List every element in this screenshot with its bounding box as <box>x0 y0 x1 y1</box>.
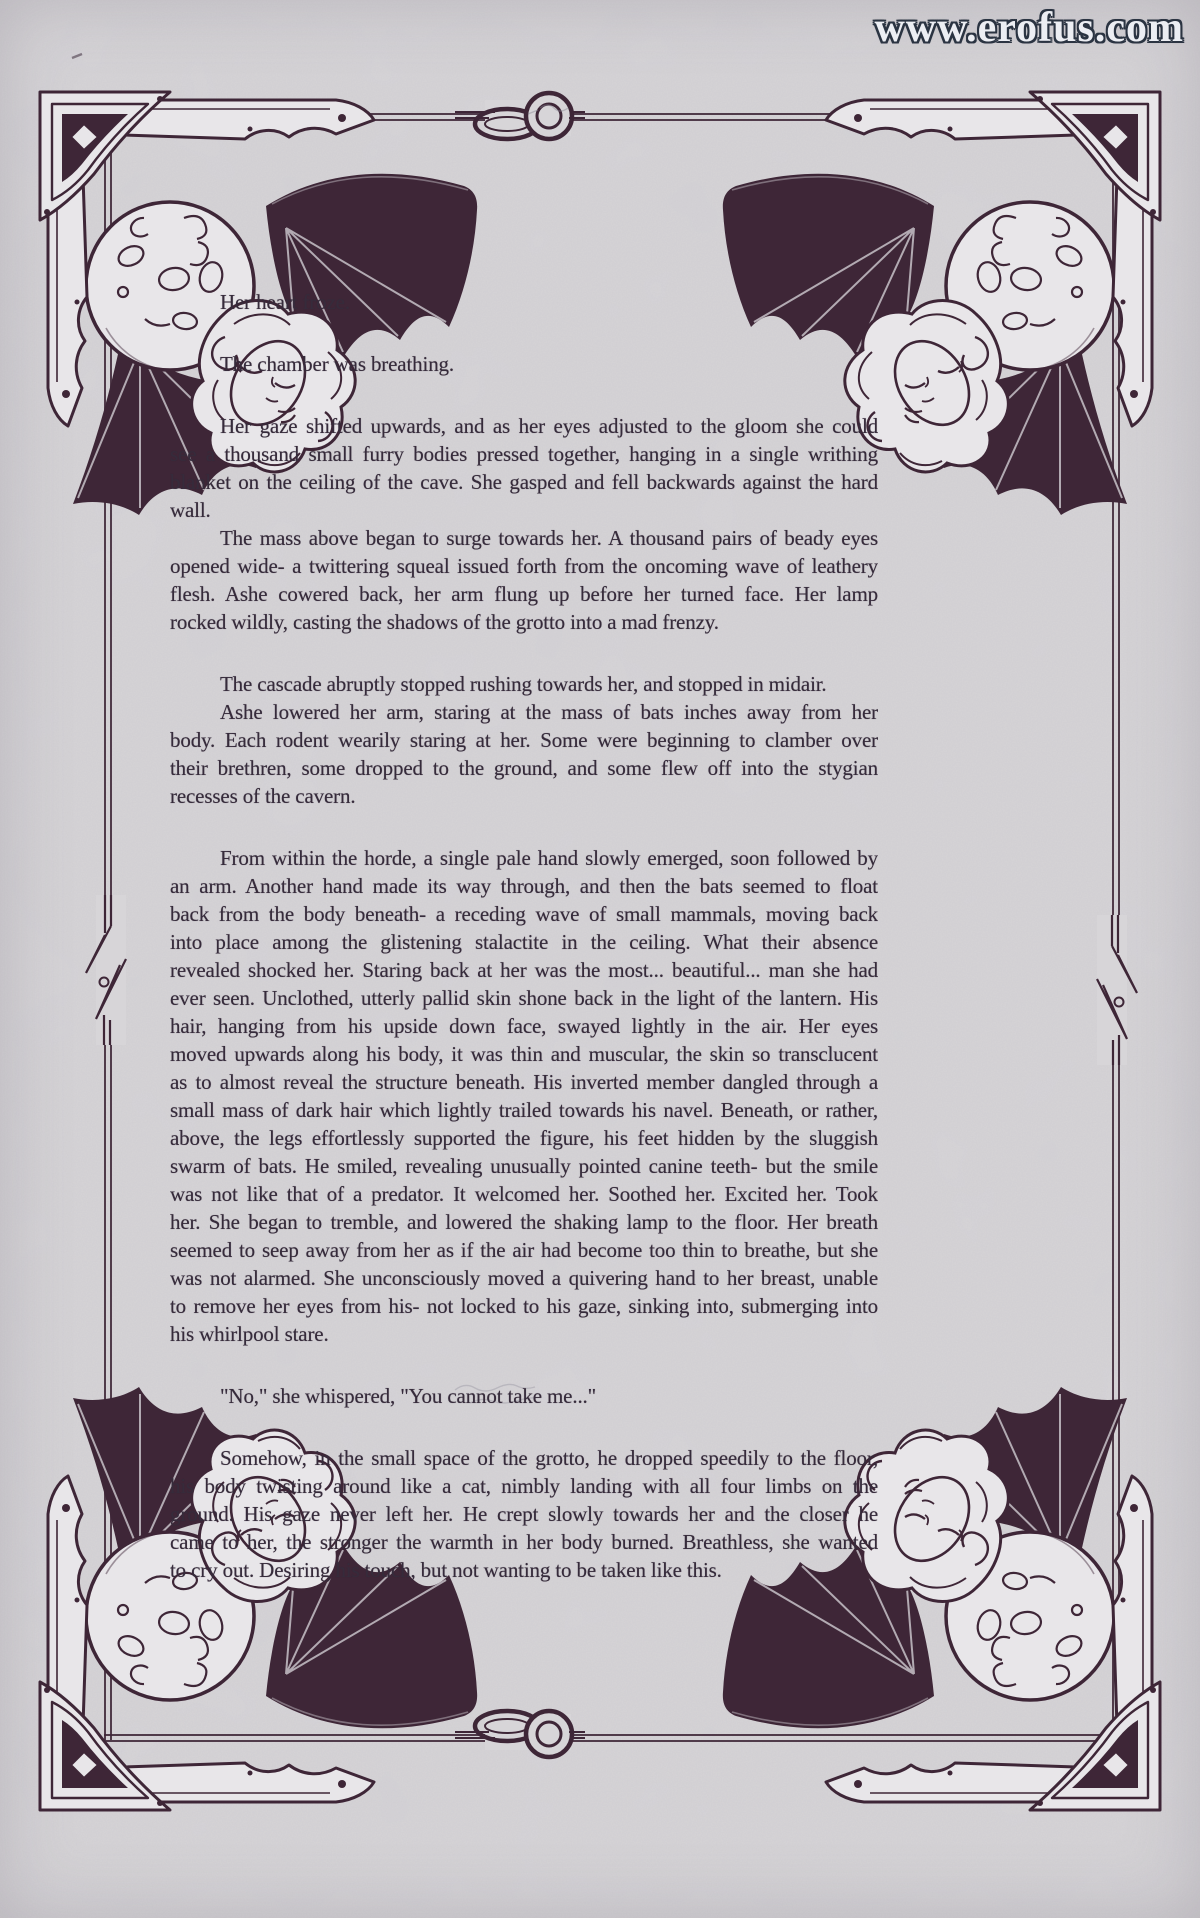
text-line: into place among the glistening stalacti… <box>170 928 878 956</box>
text-line: to remove her eyes from his- not locked … <box>170 1292 878 1320</box>
story-text: Her heart froze.The chamber was breathin… <box>170 288 878 1584</box>
text-line: see a thousand small furry bodies presse… <box>170 440 878 468</box>
text-line: revealed shocked her. Staring back at he… <box>170 956 878 984</box>
text-line: wall. <box>170 496 878 524</box>
paragraph: The cascade abruptly stopped rushing tow… <box>170 670 878 698</box>
watermark: www.erofus.com <box>874 4 1184 52</box>
lightning-break-icon <box>1075 915 1145 1065</box>
text-line: her. She began to tremble, and lowered t… <box>170 1208 878 1236</box>
scanned-page: Her heart froze.The chamber was breathin… <box>0 0 1200 1918</box>
paragraph: Her gaze shifted upwards, and as her eye… <box>170 412 878 524</box>
text-line: his whirlpool stare. <box>170 1320 878 1348</box>
text-line: rocked wildly, casting the shadows of th… <box>170 608 878 636</box>
text-line: From within the horde, a single pale han… <box>170 844 878 872</box>
text-line: blanket on the ceiling of the cave. She … <box>170 468 878 496</box>
paragraph: Somehow, in the small space of the grott… <box>170 1444 878 1584</box>
text-line: Her heart froze. <box>170 288 878 316</box>
text-line: flesh. Ashe cowered back, her arm flung … <box>170 580 878 608</box>
text-line: moved upwards along his body, it was thi… <box>170 1040 878 1068</box>
text-line: The cascade abruptly stopped rushing tow… <box>170 670 878 698</box>
text-line: Her gaze shifted upwards, and as her eye… <box>170 412 878 440</box>
text-line: above, the legs effortlessly supported t… <box>170 1124 878 1152</box>
text-line: opened wide- a twittering squeal issued … <box>170 552 878 580</box>
text-line: Somehow, in the small space of the grott… <box>170 1444 878 1472</box>
text-line: came to her, the stronger the warmth in … <box>170 1528 878 1556</box>
text-line: body. Each rodent wearily staring at her… <box>170 726 878 754</box>
paragraph: The mass above began to surge towards he… <box>170 524 878 636</box>
text-line: The mass above began to surge towards he… <box>170 524 878 552</box>
text-line: "No," she whispered, "You cannot take me… <box>170 1382 878 1410</box>
text-line: hair, hanging from his upside down face,… <box>170 1012 878 1040</box>
paragraph: "No," she whispered, "You cannot take me… <box>170 1382 878 1410</box>
text-line: The chamber was breathing. <box>170 350 878 378</box>
text-line: his body twisting around like a cat, nim… <box>170 1472 878 1500</box>
text-line: seemed to seep away from her as if the a… <box>170 1236 878 1264</box>
text-line: ever seen. Unclothed, utterly pallid ski… <box>170 984 878 1012</box>
text-line: an arm. Another hand made its way throug… <box>170 872 878 900</box>
text-line: to cry out. Desiring his touch, but not … <box>170 1556 878 1584</box>
paragraph: The chamber was breathing. <box>170 350 878 378</box>
text-line: swarm of bats. He smiled, revealing unus… <box>170 1152 878 1180</box>
text-line: Ashe lowered her arm, staring at the mas… <box>170 698 878 726</box>
text-line: small mass of dark hair which lightly tr… <box>170 1096 878 1124</box>
text-line: back from the body beneath- a receding w… <box>170 900 878 928</box>
paragraph: Ashe lowered her arm, staring at the mas… <box>170 698 878 810</box>
text-line: was not alarmed. She unconsciously moved… <box>170 1264 878 1292</box>
text-line: their brethren, some dropped to the grou… <box>170 754 878 782</box>
lightning-break-icon <box>78 895 148 1045</box>
text-line: was not like that of a predator. It welc… <box>170 1180 878 1208</box>
text-line: as to almost reveal the structure beneat… <box>170 1068 878 1096</box>
paragraph: Her heart froze. <box>170 288 878 316</box>
paragraph: From within the horde, a single pale han… <box>170 844 878 1348</box>
text-line: recesses of the cavern. <box>170 782 878 810</box>
text-line: ground. His gaze never left her. He crep… <box>170 1500 878 1528</box>
